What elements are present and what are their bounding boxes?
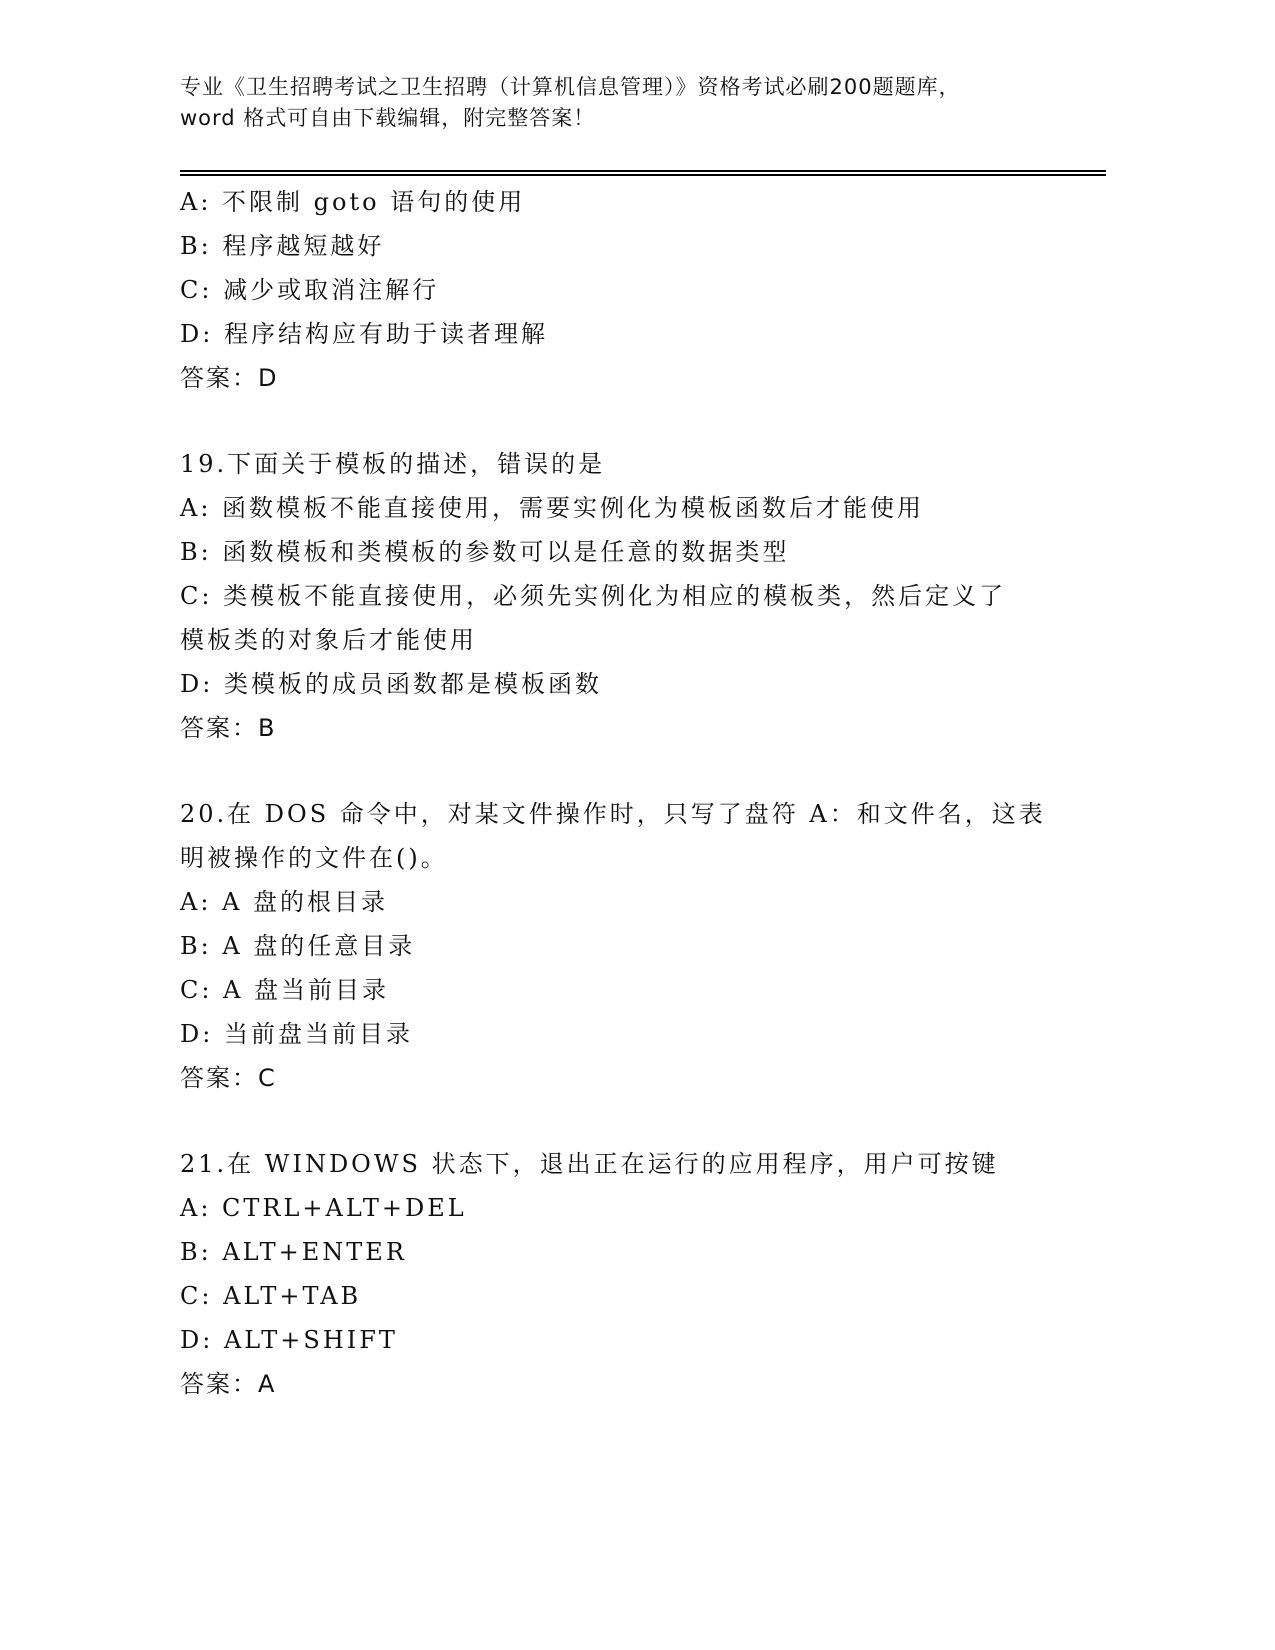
option-c: C: ALT+TAB bbox=[180, 1274, 1060, 1318]
option-b: B: 函数模板和类模板的参数可以是任意的数据类型 bbox=[180, 530, 1060, 574]
question-19: 19.下面关于模板的描述，错误的是 A: 函数模板不能直接使用，需要实例化为模板… bbox=[180, 442, 1060, 750]
option-a: A: A 盘的根目录 bbox=[180, 880, 1060, 924]
option-b: B: ALT+ENTER bbox=[180, 1230, 1060, 1274]
question-20: 20.在 DOS 命令中，对某文件操作时，只写了盘符 A：和文件名，这表 明被操… bbox=[180, 792, 1060, 1100]
option-a: A: CTRL+ALT+DEL bbox=[180, 1186, 1060, 1230]
option-c: C: 减少或取消注解行 bbox=[180, 268, 1060, 312]
header-title-line-2: word 格式可自由下载编辑，附完整答案！ bbox=[180, 103, 1060, 134]
option-d: D: 程序结构应有助于读者理解 bbox=[180, 312, 1060, 356]
document-body: A: 不限制 goto 语句的使用 B: 程序越短越好 C: 减少或取消注解行 … bbox=[180, 180, 1060, 1406]
header-double-rule bbox=[180, 170, 1106, 176]
option-a: A: 函数模板不能直接使用，需要实例化为模板函数后才能使用 bbox=[180, 486, 1060, 530]
option-b: B: A 盘的任意目录 bbox=[180, 924, 1060, 968]
answer: 答案：B bbox=[180, 706, 1060, 750]
question-stem: 20.在 DOS 命令中，对某文件操作时，只写了盘符 A：和文件名，这表 bbox=[180, 792, 1060, 836]
answer: 答案：D bbox=[180, 356, 1060, 400]
answer: 答案：C bbox=[180, 1056, 1060, 1100]
option-d: D: ALT+SHIFT bbox=[180, 1318, 1060, 1362]
option-a: A: 不限制 goto 语句的使用 bbox=[180, 180, 1060, 224]
option-c-continued: 模板类的对象后才能使用 bbox=[180, 618, 1060, 662]
option-c: C: 类模板不能直接使用，必须先实例化为相应的模板类，然后定义了 bbox=[180, 574, 1060, 618]
option-b: B: 程序越短越好 bbox=[180, 224, 1060, 268]
question-stem: 21.在 WINDOWS 状态下，退出正在运行的应用程序，用户可按键 bbox=[180, 1142, 1060, 1186]
option-d: D: 当前盘当前目录 bbox=[180, 1012, 1060, 1056]
option-d: D: 类模板的成员函数都是模板函数 bbox=[180, 662, 1060, 706]
question-stem-continued: 明被操作的文件在()。 bbox=[180, 836, 1060, 880]
answer: 答案：A bbox=[180, 1362, 1060, 1406]
question-stem: 19.下面关于模板的描述，错误的是 bbox=[180, 442, 1060, 486]
document-header: 专业《卫生招聘考试之卫生招聘（计算机信息管理）》资格考试必刷200题题库， wo… bbox=[180, 72, 1060, 134]
option-c: C: A 盘当前目录 bbox=[180, 968, 1060, 1012]
question-21: 21.在 WINDOWS 状态下，退出正在运行的应用程序，用户可按键 A: CT… bbox=[180, 1142, 1060, 1406]
question-18: A: 不限制 goto 语句的使用 B: 程序越短越好 C: 减少或取消注解行 … bbox=[180, 180, 1060, 400]
header-title-line-1: 专业《卫生招聘考试之卫生招聘（计算机信息管理）》资格考试必刷200题题库， bbox=[180, 72, 1060, 103]
